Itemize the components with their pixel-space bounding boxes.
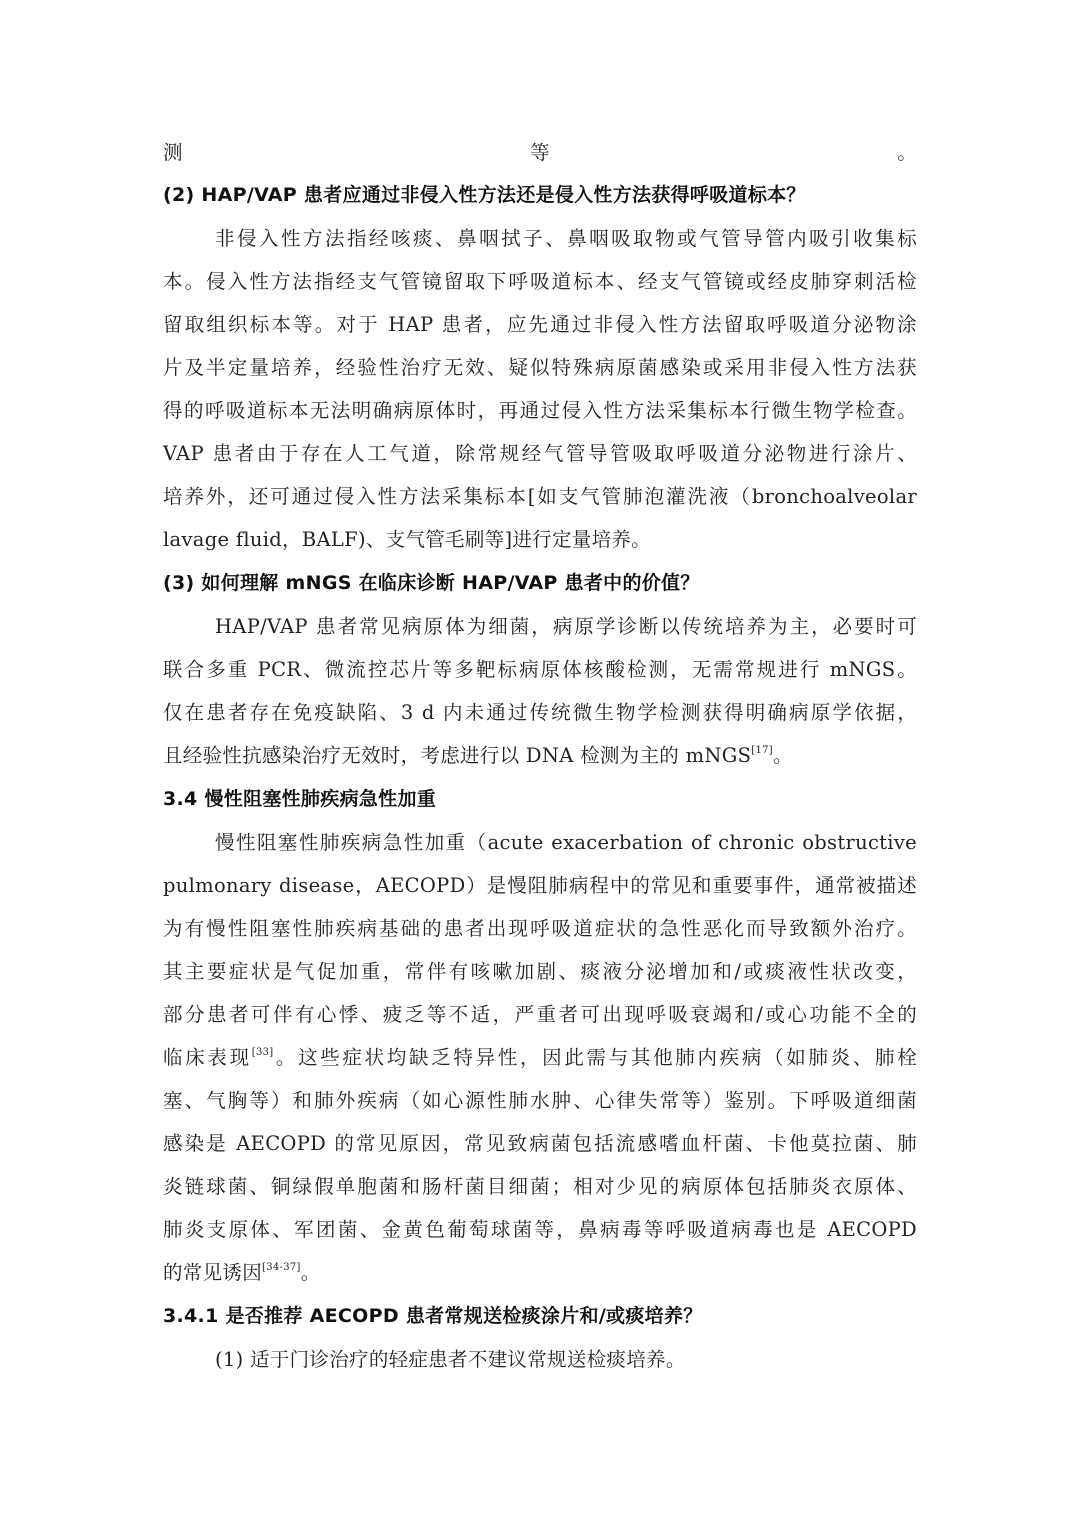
- line-text: 的常见诱因: [163, 1261, 262, 1284]
- body-text-line: 部分患者可伴有心悸、疲乏等不适，严重者可出现呼吸衰竭和/或心功能不全的: [163, 998, 917, 1032]
- line-text: 炎链球菌、铜绿假单胞菌和肠杆菌目细菌；相对少见的病原体包括肺炎衣原体、: [163, 1175, 917, 1198]
- line-text: 感染是 AECOPD 的常见原因，常见致病菌包括流感嗜血杆菌、卡他莫拉菌、肺: [163, 1132, 917, 1155]
- line-text: (1) 适于门诊治疗的轻症患者不建议常规送检痰培养。: [215, 1348, 686, 1371]
- line-text-tail: 。这些症状均缺乏特异性，因此需与其他肺内疾病（如肺炎、肺栓: [274, 1046, 918, 1069]
- citation-reference: [34-37]: [262, 1262, 301, 1273]
- body-text-line: HAP/VAP 患者常见病原体为细菌，病原学诊断以传统培养为主，必要时可: [215, 610, 917, 644]
- section-heading: 3.4 慢性阻塞性肺疾病急性加重: [163, 782, 436, 816]
- body-text-line: 留取组织标本等。对于 HAP 患者，应先通过非侵入性方法留取呼吸道分泌物涂: [163, 308, 917, 342]
- line-text: (3) 如何理解 mNGS 在临床诊断 HAP/VAP 患者中的价值？: [163, 572, 700, 594]
- line-text: (2) HAP/VAP 患者应通过非侵入性方法还是侵入性方法获得呼吸道标本？: [163, 184, 806, 206]
- body-text-line: 培养外，还可通过侵入性方法采集标本[如支气管肺泡灌洗液（bronchoalveo…: [163, 480, 917, 514]
- body-text-line: pulmonary disease，AECOPD）是慢阻肺病程中的常见和重要事件…: [163, 869, 917, 903]
- citation-reference: [17]: [751, 745, 773, 756]
- line-text: 联合多重 PCR、微流控芯片等多靶标病原体核酸检测，无需常规进行 mNGS。: [163, 658, 917, 681]
- line-text-tail: 。: [773, 744, 793, 767]
- line-text: 本。侵入性方法指经支气管镜留取下呼吸道标本、经支气管镜或经皮肺穿刺活检: [163, 270, 917, 293]
- line-text: HAP/VAP 患者常见病原体为细菌，病原学诊断以传统培养为主，必要时可: [215, 615, 917, 638]
- citation-reference: [33]: [252, 1047, 274, 1058]
- line-text: 留取组织标本等。对于 HAP 患者，应先通过非侵入性方法留取呼吸道分泌物涂: [163, 313, 917, 336]
- body-text-line: 且经验性抗感染治疗无效时，考虑进行以 DNA 检测为主的 mNGS[17]。: [163, 739, 793, 773]
- line-text: 肺炎支原体、军团菌、金黄色葡萄球菌等，鼻病毒等呼吸道病毒也是 AECOPD: [163, 1218, 917, 1241]
- line-text: 3.4 慢性阻塞性肺疾病急性加重: [163, 788, 436, 810]
- body-text-line: 片及半定量培养，经验性治疗无效、疑似特殊病原菌感染或采用非侵入性方法获: [163, 351, 917, 385]
- body-text-line: 测等。: [163, 136, 917, 170]
- line-text: 非侵入性方法指经咳痰、鼻咽拭子、鼻咽吸取物或气管导管内吸引收集标: [215, 227, 917, 250]
- body-text-line: 慢性阻塞性肺疾病急性加重（acute exacerbation of chron…: [215, 826, 917, 860]
- line-text: 部分患者可伴有心悸、疲乏等不适，严重者可出现呼吸衰竭和/或心功能不全的: [163, 1003, 917, 1026]
- line-text: 塞、气胸等）和肺外疾病（如心源性肺水肿、心律失常等）鉴别。下呼吸道细菌: [163, 1089, 917, 1112]
- line-text: lavage fluid，BALF)、支气管毛刷等]进行定量培养。: [163, 528, 651, 551]
- body-text-line: 本。侵入性方法指经支气管镜留取下呼吸道标本、经支气管镜或经皮肺穿刺活检: [163, 265, 917, 299]
- line-text-tail: 。: [301, 1261, 321, 1284]
- body-text-line: 为有慢性阻塞性肺疾病基础的患者出现呼吸道症状的急性恶化而导致额外治疗。: [163, 912, 917, 946]
- body-text-line: (1) 适于门诊治疗的轻症患者不建议常规送检痰培养。: [215, 1343, 686, 1377]
- body-text-line: 其主要症状是气促加重，常伴有咳嗽加剧、痰液分泌增加和/或痰液性状改变，: [163, 955, 917, 989]
- body-text-line: 塞、气胸等）和肺外疾病（如心源性肺水肿、心律失常等）鉴别。下呼吸道细菌: [163, 1084, 917, 1118]
- body-text-line: 联合多重 PCR、微流控芯片等多靶标病原体核酸检测，无需常规进行 mNGS。: [163, 653, 917, 687]
- section-heading: 3.4.1 是否推荐 AECOPD 患者常规送检痰涂片和/或痰培养？: [163, 1299, 703, 1333]
- line-text: 且经验性抗感染治疗无效时，考虑进行以 DNA 检测为主的 mNGS: [163, 744, 751, 767]
- line-text: 其主要症状是气促加重，常伴有咳嗽加剧、痰液分泌增加和/或痰液性状改变，: [163, 960, 917, 983]
- line-text: 临床表现: [163, 1046, 252, 1069]
- body-text-line: lavage fluid，BALF)、支气管毛刷等]进行定量培养。: [163, 523, 651, 557]
- section-heading: (3) 如何理解 mNGS 在临床诊断 HAP/VAP 患者中的价值？: [163, 566, 700, 600]
- body-text-line: 非侵入性方法指经咳痰、鼻咽拭子、鼻咽吸取物或气管导管内吸引收集标: [215, 222, 917, 256]
- line-text: 得的呼吸道标本无法明确病原体时，再通过侵入性方法采集标本行微生物学检查。: [163, 399, 917, 422]
- line-text: 3.4.1 是否推荐 AECOPD 患者常规送检痰涂片和/或痰培养？: [163, 1305, 703, 1327]
- line-text: 慢性阻塞性肺疾病急性加重（acute exacerbation of chron…: [215, 831, 917, 854]
- line-text: 仅在患者存在免疫缺陷、3 d 内未通过传统微生物学检测获得明确病原学依据，: [163, 701, 917, 724]
- section-heading: (2) HAP/VAP 患者应通过非侵入性方法还是侵入性方法获得呼吸道标本？: [163, 178, 806, 212]
- line-text: 为有慢性阻塞性肺疾病基础的患者出现呼吸道症状的急性恶化而导致额外治疗。: [163, 917, 917, 940]
- body-text-line: 的常见诱因[34-37]。: [163, 1256, 321, 1290]
- line-text: 培养外，还可通过侵入性方法采集标本[如支气管肺泡灌洗液（bronchoalveo…: [163, 485, 917, 508]
- body-text-line: 临床表现[33]。这些症状均缺乏特异性，因此需与其他肺内疾病（如肺炎、肺栓: [163, 1041, 917, 1075]
- body-text-line: 肺炎支原体、军团菌、金黄色葡萄球菌等，鼻病毒等呼吸道病毒也是 AECOPD: [163, 1213, 917, 1247]
- body-text-line: 得的呼吸道标本无法明确病原体时，再通过侵入性方法采集标本行微生物学检查。: [163, 394, 917, 428]
- body-text-line: 感染是 AECOPD 的常见原因，常见致病菌包括流感嗜血杆菌、卡他莫拉菌、肺: [163, 1127, 917, 1161]
- body-text-line: 炎链球菌、铜绿假单胞菌和肠杆菌目细菌；相对少见的病原体包括肺炎衣原体、: [163, 1170, 917, 1204]
- body-text-line: VAP 患者由于存在人工气道，除常规经气管导管吸取呼吸道分泌物进行涂片、: [163, 437, 917, 471]
- line-text: 片及半定量培养，经验性治疗无效、疑似特殊病原菌感染或采用非侵入性方法获: [163, 356, 917, 379]
- line-text: 测等。: [163, 141, 917, 164]
- line-text: pulmonary disease，AECOPD）是慢阻肺病程中的常见和重要事件…: [163, 874, 917, 897]
- line-text: VAP 患者由于存在人工气道，除常规经气管导管吸取呼吸道分泌物进行涂片、: [163, 442, 917, 465]
- body-text-line: 仅在患者存在免疫缺陷、3 d 内未通过传统微生物学检测获得明确病原学依据，: [163, 696, 917, 730]
